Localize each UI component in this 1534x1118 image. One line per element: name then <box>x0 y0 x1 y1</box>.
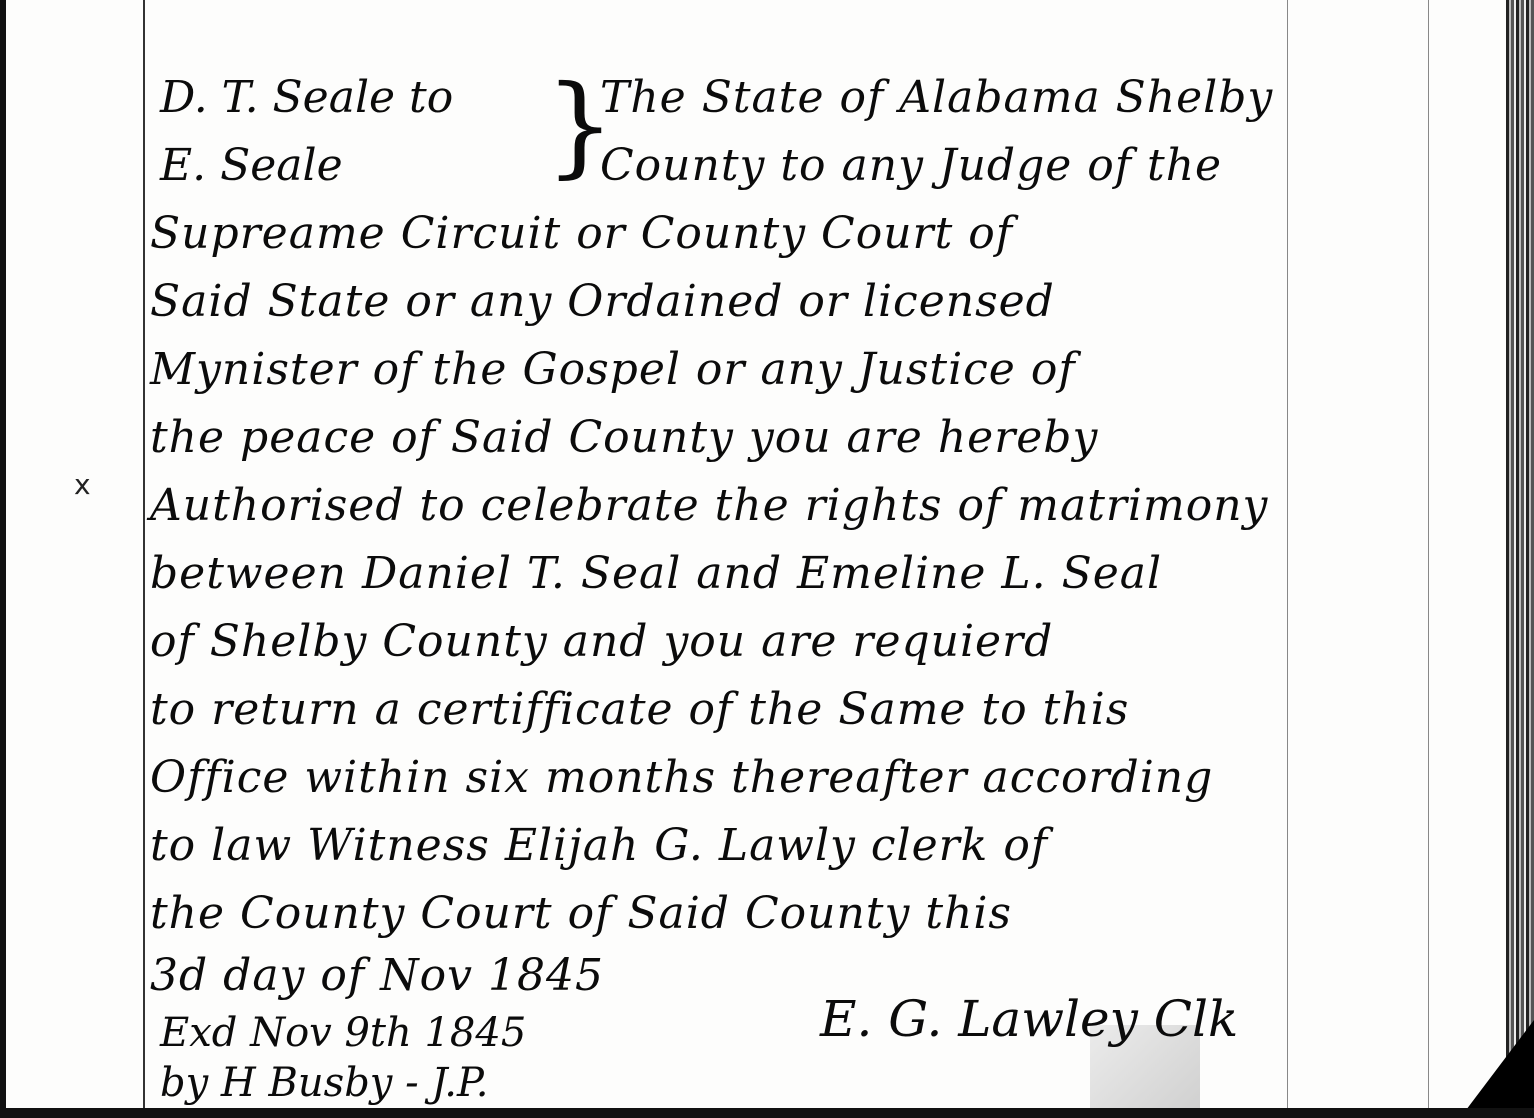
parties-groom: D. T. Seale to <box>160 72 453 123</box>
page-corner-shadow <box>1460 1020 1534 1118</box>
body-line-5: Mynister of the Gospel or any Justice of <box>150 344 1076 395</box>
execution-note-officiant: by H Busby - J.P. <box>160 1060 489 1106</box>
body-line-14-date: 3d day of Nov 1845 <box>150 950 604 1001</box>
document-page: x D. T. Seale to E. Seale } The State of… <box>0 0 1534 1118</box>
book-binding-edge <box>1506 0 1534 1118</box>
ledger-rule-2 <box>1428 0 1429 1118</box>
body-line-8: between Daniel T. Seal and Emeline L. Se… <box>150 548 1162 599</box>
body-line-12: to law Witness Elijah G. Lawly clerk of <box>150 820 1048 871</box>
body-line-6: the peace of Said County you are hereby <box>150 412 1098 463</box>
body-line-2: County to any Judge of the <box>600 140 1222 191</box>
body-line-9: of Shelby County and you are requierd <box>150 616 1053 667</box>
body-line-1: The State of Alabama Shelby <box>600 72 1273 123</box>
body-line-13: the County Court of Said County this <box>150 888 1012 939</box>
ledger-rule-1 <box>1287 0 1288 1118</box>
body-line-11: Office within six months thereafter acco… <box>150 752 1213 803</box>
left-margin-rule <box>143 0 145 1118</box>
execution-note-date: Exd Nov 9th 1845 <box>160 1010 526 1056</box>
margin-x-mark: x <box>74 468 91 501</box>
page-left-edge <box>0 0 6 1118</box>
body-line-10: to return a certifficate of the Same to … <box>150 684 1129 735</box>
body-line-7: Authorised to celebrate the rights of ma… <box>150 480 1268 531</box>
clerk-signature: E. G. Lawley Clk <box>820 990 1238 1048</box>
parties-bride: E. Seale <box>160 140 343 191</box>
body-line-4: Said State or any Ordained or licensed <box>150 276 1055 327</box>
page-bottom-edge <box>0 1108 1534 1118</box>
body-line-3: Supreame Circuit or County Court of <box>150 208 1013 259</box>
